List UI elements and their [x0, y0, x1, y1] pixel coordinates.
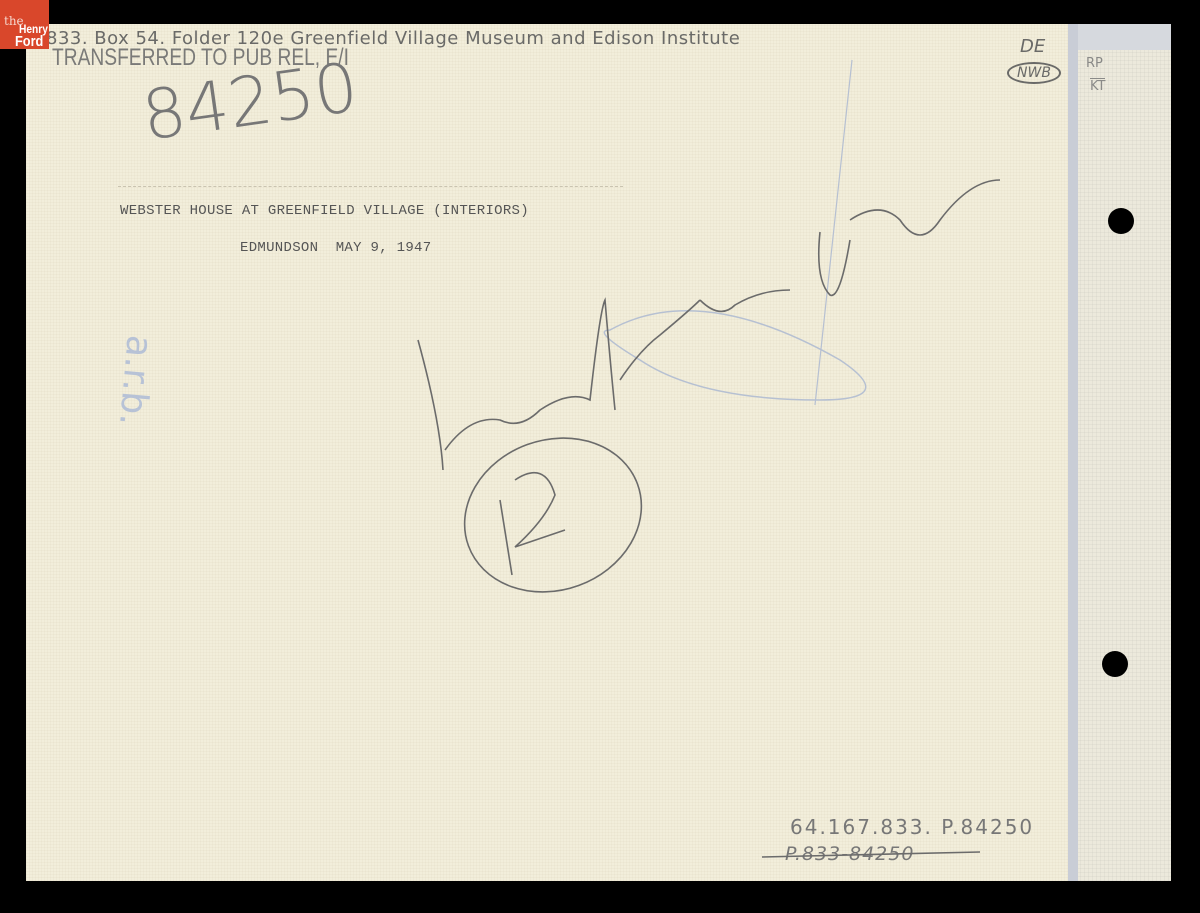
henry-ford-logo: the Henry Ford: [0, 0, 49, 49]
pencil-annotations: [0, 0, 1200, 913]
logo-ford: Ford: [15, 33, 43, 50]
